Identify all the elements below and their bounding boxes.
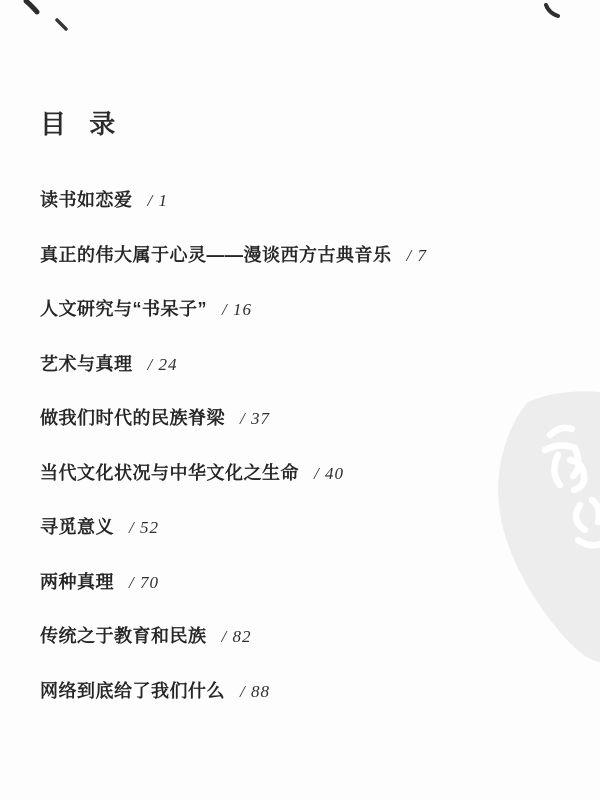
page-title: 目 录 — [40, 111, 117, 137]
toc-entry: 真正的伟大属于心灵——漫谈西方古典音乐 / 7 — [40, 245, 560, 300]
toc-entry-page-number: / 24 — [148, 354, 178, 375]
toc-entry: 当代文化状况与中华文化之生命 / 40 — [40, 463, 560, 518]
toc-list: 读书如恋爱 / 1 真正的伟大属于心灵——漫谈西方古典音乐 / 7 人文研究与“… — [40, 190, 560, 735]
toc-entry-page-number: / 82 — [222, 626, 252, 647]
toc-entry-title: 艺术与真理 — [40, 354, 133, 375]
toc-entry-title: 当代文化状况与中华文化之生命 — [40, 463, 299, 484]
toc-entry-page-number: / 7 — [407, 245, 427, 266]
toc-entry: 人文研究与“书呆子” / 16 — [40, 299, 560, 354]
book-page: 目 录 读书如恋爱 / 1 真正的伟大属于心灵——漫谈西方古典音乐 / 7 人文… — [0, 0, 600, 800]
toc-entry: 做我们时代的民族脊梁 / 37 — [40, 408, 560, 463]
toc-entry-page-number: / 70 — [129, 572, 159, 593]
toc-entry-page-number: / 1 — [148, 190, 168, 211]
toc-entry-page-number: / 37 — [240, 408, 270, 429]
toc-entry: 两种真理 / 70 — [40, 572, 560, 627]
toc-entry-title: 做我们时代的民族脊梁 — [40, 408, 225, 429]
toc-entry-title: 真正的伟大属于心灵——漫谈西方古典音乐 — [40, 245, 392, 266]
toc-entry-title: 人文研究与“书呆子” — [40, 299, 207, 320]
toc-entry-title: 寻觅意义 — [40, 517, 114, 538]
toc-entry-title: 两种真理 — [40, 572, 114, 593]
toc-entry-title: 传统之于教育和民族 — [40, 626, 207, 647]
toc-entry-page-number: / 16 — [222, 299, 252, 320]
toc-entry: 读书如恋爱 / 1 — [40, 190, 560, 245]
toc-entry-page-number: / 40 — [314, 463, 344, 484]
toc-entry-title: 网络到底给了我们什么 — [40, 681, 225, 702]
toc-entry-title: 读书如恋爱 — [40, 190, 133, 211]
toc-entry-page-number: / 88 — [240, 681, 270, 702]
toc-entry-page-number: / 52 — [129, 517, 159, 538]
toc-entry: 艺术与真理 / 24 — [40, 354, 560, 409]
toc-entry: 网络到底给了我们什么 / 88 — [40, 681, 560, 736]
toc-entry: 寻觅意义 / 52 — [40, 517, 560, 572]
toc-entry: 传统之于教育和民族 / 82 — [40, 626, 560, 681]
scan-artifact-marks — [0, 0, 600, 40]
